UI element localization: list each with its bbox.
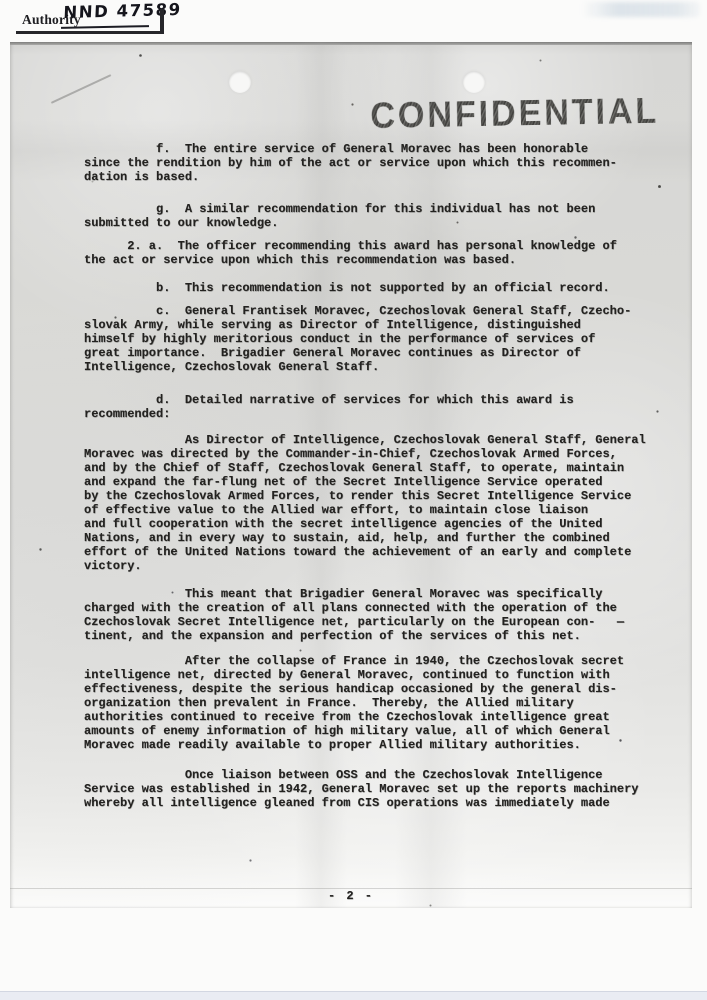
authority-stamp: Authority NND 47589 [16, 0, 168, 38]
paragraph-f: f. The entire service of General Moravec… [84, 142, 617, 184]
paragraph-g: g. A similar recommendation for this ind… [84, 202, 595, 230]
paragraph-b: b. This recommendation is not supported … [84, 281, 610, 295]
paragraph-d: d. Detailed narrative of services for wh… [84, 393, 574, 421]
page-number: - 2 - [10, 889, 692, 903]
scanner-smudge-top-right [582, 2, 700, 17]
paragraph-narrative-1: As Director of Intelligence, Czechoslova… [84, 433, 646, 573]
punch-hole-left [229, 71, 251, 93]
authority-number-handwritten: NND 47589 [63, 0, 182, 22]
paragraph-narrative-4: Once liaison between OSS and the Czechos… [84, 768, 639, 810]
ink-specks [10, 42, 11, 43]
scan-edge-strip-bottom [0, 991, 707, 1000]
paragraph-narrative-2: This meant that Brigadier General Morave… [84, 587, 624, 643]
fold-mark [51, 74, 111, 103]
paragraph-2a: 2. a. The officer recommending this awar… [84, 239, 617, 267]
page-top-edge [10, 42, 692, 45]
paragraph-c: c. General Frantisek Moravec, Czechoslov… [84, 304, 631, 374]
scanned-document: Authority NND 47589 CONFIDENTIAL f. The … [0, 0, 707, 1000]
punch-hole-right [463, 71, 485, 93]
paragraph-narrative-3: After the collapse of France in 1940, th… [84, 654, 624, 752]
confidential-stamp: CONFIDENTIAL [370, 90, 659, 137]
authority-stamp-box-right-line [160, 9, 164, 34]
authority-stamp-box-bottom-line [16, 31, 163, 34]
document-page: CONFIDENTIAL f. The entire service of Ge… [10, 42, 692, 908]
